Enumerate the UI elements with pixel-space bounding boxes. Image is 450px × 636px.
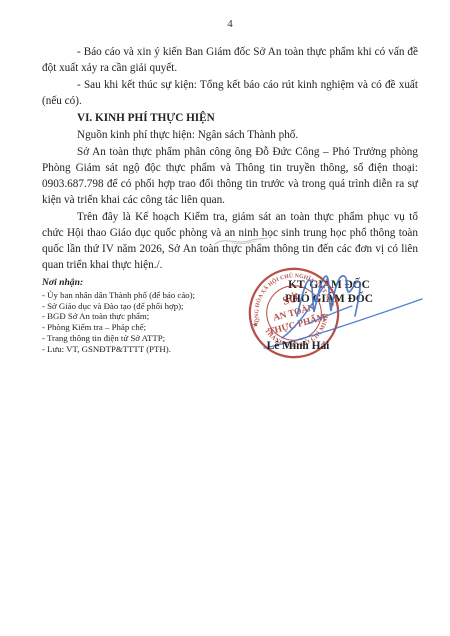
recipient-item: - Phòng Kiểm tra – Pháp chế; bbox=[42, 322, 247, 333]
paragraph-funding-source: Nguồn kinh phí thực hiện: Ngân sách Thàn… bbox=[42, 127, 418, 143]
page-number: 4 bbox=[42, 18, 418, 31]
recipient-item: - Trang thông tin điện tử Sở ATTP; bbox=[42, 333, 247, 344]
document-page: 4 - Báo cáo và xin ý kiến Ban Giám đốc S… bbox=[0, 0, 450, 636]
recipient-item: - BGĐ Sở An toàn thực phẩm; bbox=[42, 311, 247, 322]
recipients-title: Nơi nhận: bbox=[42, 278, 247, 289]
recipient-item: - Ủy ban nhân dân Thành phố (để báo cáo)… bbox=[42, 290, 247, 301]
paragraph-contact-person: Sở An toàn thực phẩm phân công ông Đỗ Đứ… bbox=[42, 144, 418, 208]
section-heading-funding: VI. KINH PHÍ THỰC HIỆN bbox=[42, 110, 418, 126]
signer-name: Lê Minh Hải bbox=[238, 340, 358, 352]
recipients-block: Nơi nhận: - Ủy ban nhân dân Thành phố (đ… bbox=[42, 278, 247, 355]
recipient-item: - Sở Giáo dục và Đào tạo (để phối hợp); bbox=[42, 301, 247, 312]
recipient-item: - Lưu: VT, GSNĐTP&TTTT (PTH). bbox=[42, 344, 247, 355]
handwritten-initial-mark bbox=[212, 233, 270, 249]
paragraph-event-wrapup: - Sau khi kết thúc sự kiện: Tổng kết báo… bbox=[42, 77, 418, 109]
paragraph-report-to-board: - Báo cáo và xin ý kiến Ban Giám đốc Sở … bbox=[42, 44, 418, 76]
